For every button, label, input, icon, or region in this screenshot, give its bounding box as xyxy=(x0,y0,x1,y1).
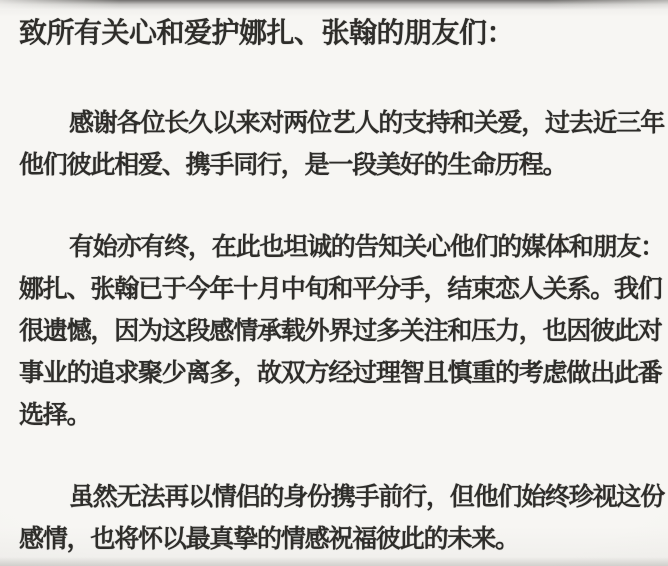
text-line: 感情，也将怀以最真挚的情感祝福彼此的未来。 xyxy=(19,518,652,560)
text-line: 感谢各位长久以来对两位艺人的支持和关爱，过去近三年 xyxy=(19,102,652,144)
text-line: 虽然无法再以情侣的身份携手前行，但他们始终珍视这份 xyxy=(19,476,652,518)
text-line: 事业的追求聚少离多，故双方经过理智且慎重的考虑做出此番 xyxy=(19,352,652,394)
paragraph-wishes: 虽然无法再以情侣的身份携手前行，但他们始终珍视这份 感情，也将怀以最真挚的情感祝… xyxy=(19,476,652,560)
text-line: 选择。 xyxy=(19,394,652,436)
statement-document: 致所有关心和爱护娜扎、张翰的朋友们： 感谢各位长久以来对两位艺人的支持和关爱，过… xyxy=(0,0,668,566)
text-line: 娜扎、张翰已于今年十月中旬和平分手，结束恋人关系。我们 xyxy=(19,268,652,310)
text-line: 他们彼此相爱、携手同行，是一段美好的生命历程。 xyxy=(19,144,652,186)
paragraph-gratitude: 感谢各位长久以来对两位艺人的支持和关爱，过去近三年 他们彼此相爱、携手同行，是一… xyxy=(19,102,652,186)
text-line: 很遗憾，因为这段感情承载外界过多关注和压力，也因彼此对 xyxy=(19,310,652,352)
paragraph-announcement: 有始亦有终，在此也坦诚的告知关心他们的媒体和朋友： 娜扎、张翰已于今年十月中旬和… xyxy=(19,226,652,436)
text-line: 有始亦有终，在此也坦诚的告知关心他们的媒体和朋友： xyxy=(19,226,652,268)
document-title: 致所有关心和爱护娜扎、张翰的朋友们： xyxy=(19,15,652,51)
